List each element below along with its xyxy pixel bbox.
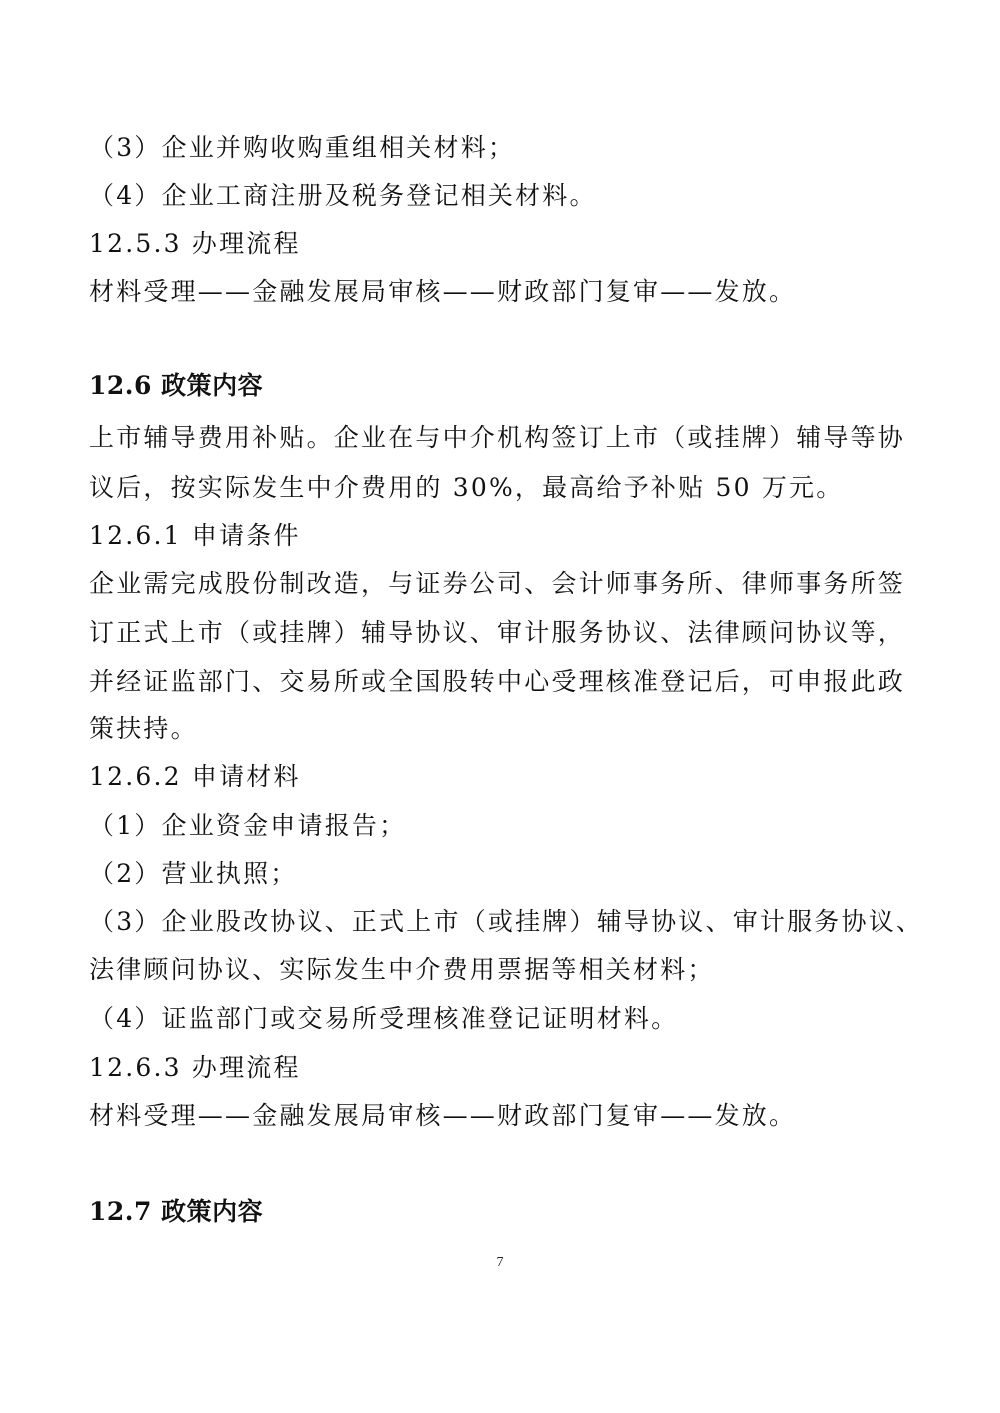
conditions-paragraph-line-1: 企业需完成股份制改造，与证券公司、会计师事务所、律师事务所签 (89, 569, 905, 599)
process-flow-12-6-3: 材料受理——金融发展局审核——财政部门复审——发放。 (89, 1101, 796, 1131)
material-item-2: （2）营业执照； (89, 859, 298, 889)
section-12-6-3-heading: 12.6.3 办理流程 (89, 1053, 301, 1083)
conditions-paragraph-line-2: 订正式上市（或挂牌）辅导协议、审计服务协议、法律顾问协议等， (89, 618, 905, 648)
section-12-6-heading: 12.6 政策内容 (89, 371, 263, 401)
conditions-paragraph-line-4: 策扶持。 (89, 714, 198, 744)
page-number: 7 (0, 1255, 1000, 1271)
material-item-1: （1）企业资金申请报告； (89, 811, 406, 841)
material-item-3-line-1: （3）企业股改协议、正式上市（或挂牌）辅导协议、审计服务协议、 (89, 907, 923, 937)
section-12-5-3-heading: 12.5.3 办理流程 (89, 229, 301, 259)
document-page: （3）企业并购收购重组相关材料； （4）企业工商注册及税务登记相关材料。 12.… (0, 0, 1000, 1413)
material-item-4: （4）企业工商注册及税务登记相关材料。 (89, 181, 597, 211)
section-12-6-1-heading: 12.6.1 申请条件 (89, 521, 301, 551)
material-item-3-line-2: 法律顾问协议、实际发生中介费用票据等相关材料； (89, 955, 715, 985)
section-12-7-heading: 12.7 政策内容 (89, 1197, 263, 1227)
conditions-paragraph-line-3: 并经证监部门、交易所或全国股转中心受理核准登记后，可申报此政 (89, 667, 905, 697)
material-item-3: （3）企业并购收购重组相关材料； (89, 133, 515, 163)
section-12-6-2-heading: 12.6.2 申请材料 (89, 762, 301, 792)
material-item-4: （4）证监部门或交易所受理核准登记证明材料。 (89, 1004, 678, 1034)
policy-12-6-paragraph-line-2: 议后，按实际发生中介费用的 30%，最高给予补贴 50 万元。 (89, 473, 843, 503)
policy-12-6-paragraph-line-1: 上市辅导费用补贴。企业在与中介机构签订上市（或挂牌）辅导等协 (89, 423, 905, 453)
process-flow-12-5-3: 材料受理——金融发展局审核——财政部门复审——发放。 (89, 277, 796, 307)
